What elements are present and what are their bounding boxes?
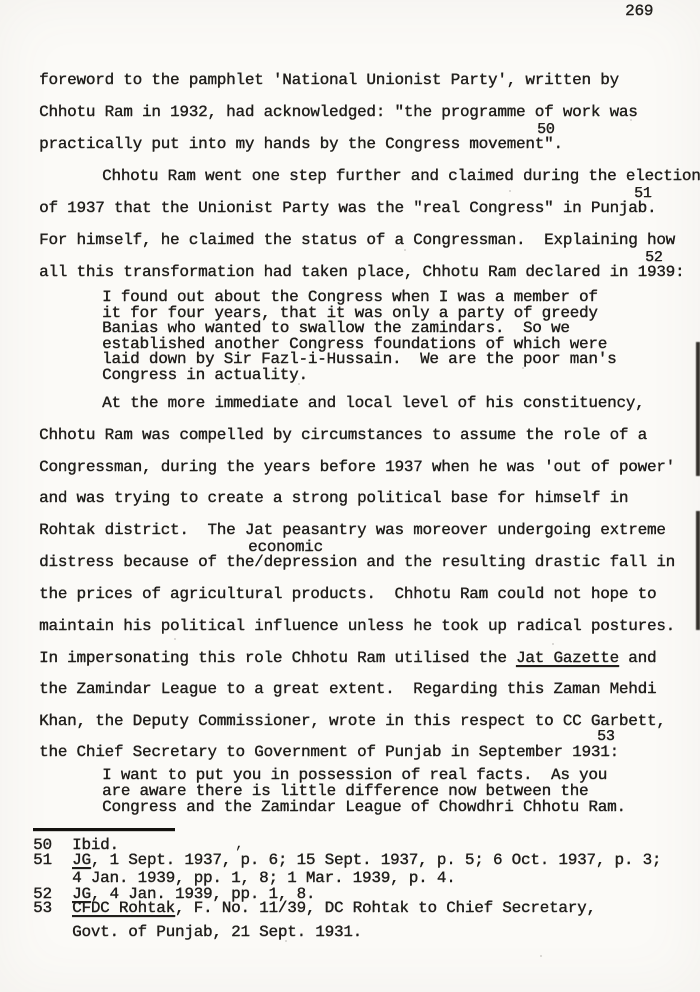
body-line: distress because of the/depression and t… — [39, 553, 675, 571]
body-line: Chhotu Ram went one step further and cla… — [102, 167, 700, 185]
body-line: of 1937 that the Unionist Party was the … — [39, 199, 656, 217]
footnote-number: 53 — [33, 899, 52, 917]
blockquote-line: Congress in actuality. — [102, 366, 308, 384]
blockquote-line: Congress and the Zamindar League of Chow… — [102, 798, 626, 816]
scan-speck-artifact — [424, 801, 426, 803]
stray-mark-artifact: , — [235, 836, 244, 853]
scan-speck-artifact — [522, 367, 524, 369]
underlined-text: CFDC Rohtak — [72, 899, 175, 917]
body-line: maintain his political influence unless … — [39, 617, 675, 635]
superscript-ref: 52 — [645, 249, 663, 267]
page-number: 269 — [625, 2, 653, 20]
superscript-ref: 50 — [537, 121, 555, 139]
scan-speck-artifact — [298, 383, 300, 385]
body-line: the Zamindar League to a great extent. R… — [39, 680, 656, 698]
superscript-ref: 53 — [597, 728, 615, 746]
body-line: At the more immediate and local level of… — [102, 394, 644, 412]
body-line: Rohtak district. The Jat peasantry was m… — [39, 521, 666, 539]
body-line: Congressman, during the years before 193… — [39, 458, 675, 476]
body-line: foreword to the pamphlet 'National Union… — [39, 71, 619, 89]
underlined-text: Jat Gazette — [516, 649, 619, 667]
body-line: Chhotu Ram in 1932, had acknowledged: "t… — [39, 103, 638, 121]
body-line: Chhotu Ram was compelled by circumstance… — [39, 426, 647, 444]
underlined-text: JG — [72, 851, 91, 869]
footnote-separator — [33, 828, 175, 831]
body-line: and was trying to create a strong politi… — [39, 489, 628, 507]
scan-edge-artifact — [696, 511, 700, 630]
body-line: practically put into my hands by the Con… — [39, 135, 563, 153]
document-page: 269 foreword to the pamphlet 'National U… — [0, 0, 700, 992]
footnote-line: CFDC Rohtak, F. No. 11/39, DC Rohtak to … — [72, 899, 596, 917]
scan-speck-artifact — [509, 190, 511, 192]
scan-edge-artifact — [696, 342, 700, 476]
body-line: the prices of agricultural products. Chh… — [39, 585, 656, 603]
footnote-number: 51 — [33, 851, 52, 869]
footnote-line: JG, 1 Sept. 1937, p. 6; 15 Sept. 1937, p… — [72, 851, 661, 869]
scan-speck-artifact — [540, 955, 542, 957]
body-line: For himself, he claimed the status of a … — [39, 231, 675, 249]
body-line: the Chief Secretary to Government of Pun… — [39, 743, 619, 761]
scan-speck-artifact — [285, 940, 287, 942]
scan-speck-artifact — [174, 638, 176, 640]
superscript-ref: 51 — [634, 185, 652, 203]
scan-speck-artifact — [404, 249, 406, 251]
body-line: all this transformation had taken place,… — [39, 263, 684, 281]
body-line: In impersonating this role Chhotu Ram ut… — [39, 649, 656, 667]
scan-speck-artifact — [552, 643, 554, 645]
body-line: Khan, the Deputy Commissioner, wrote in … — [39, 712, 666, 730]
footnote-line: Govt. of Punjab, 21 Sept. 1931. — [72, 923, 362, 941]
scan-speck-artifact — [630, 119, 632, 121]
